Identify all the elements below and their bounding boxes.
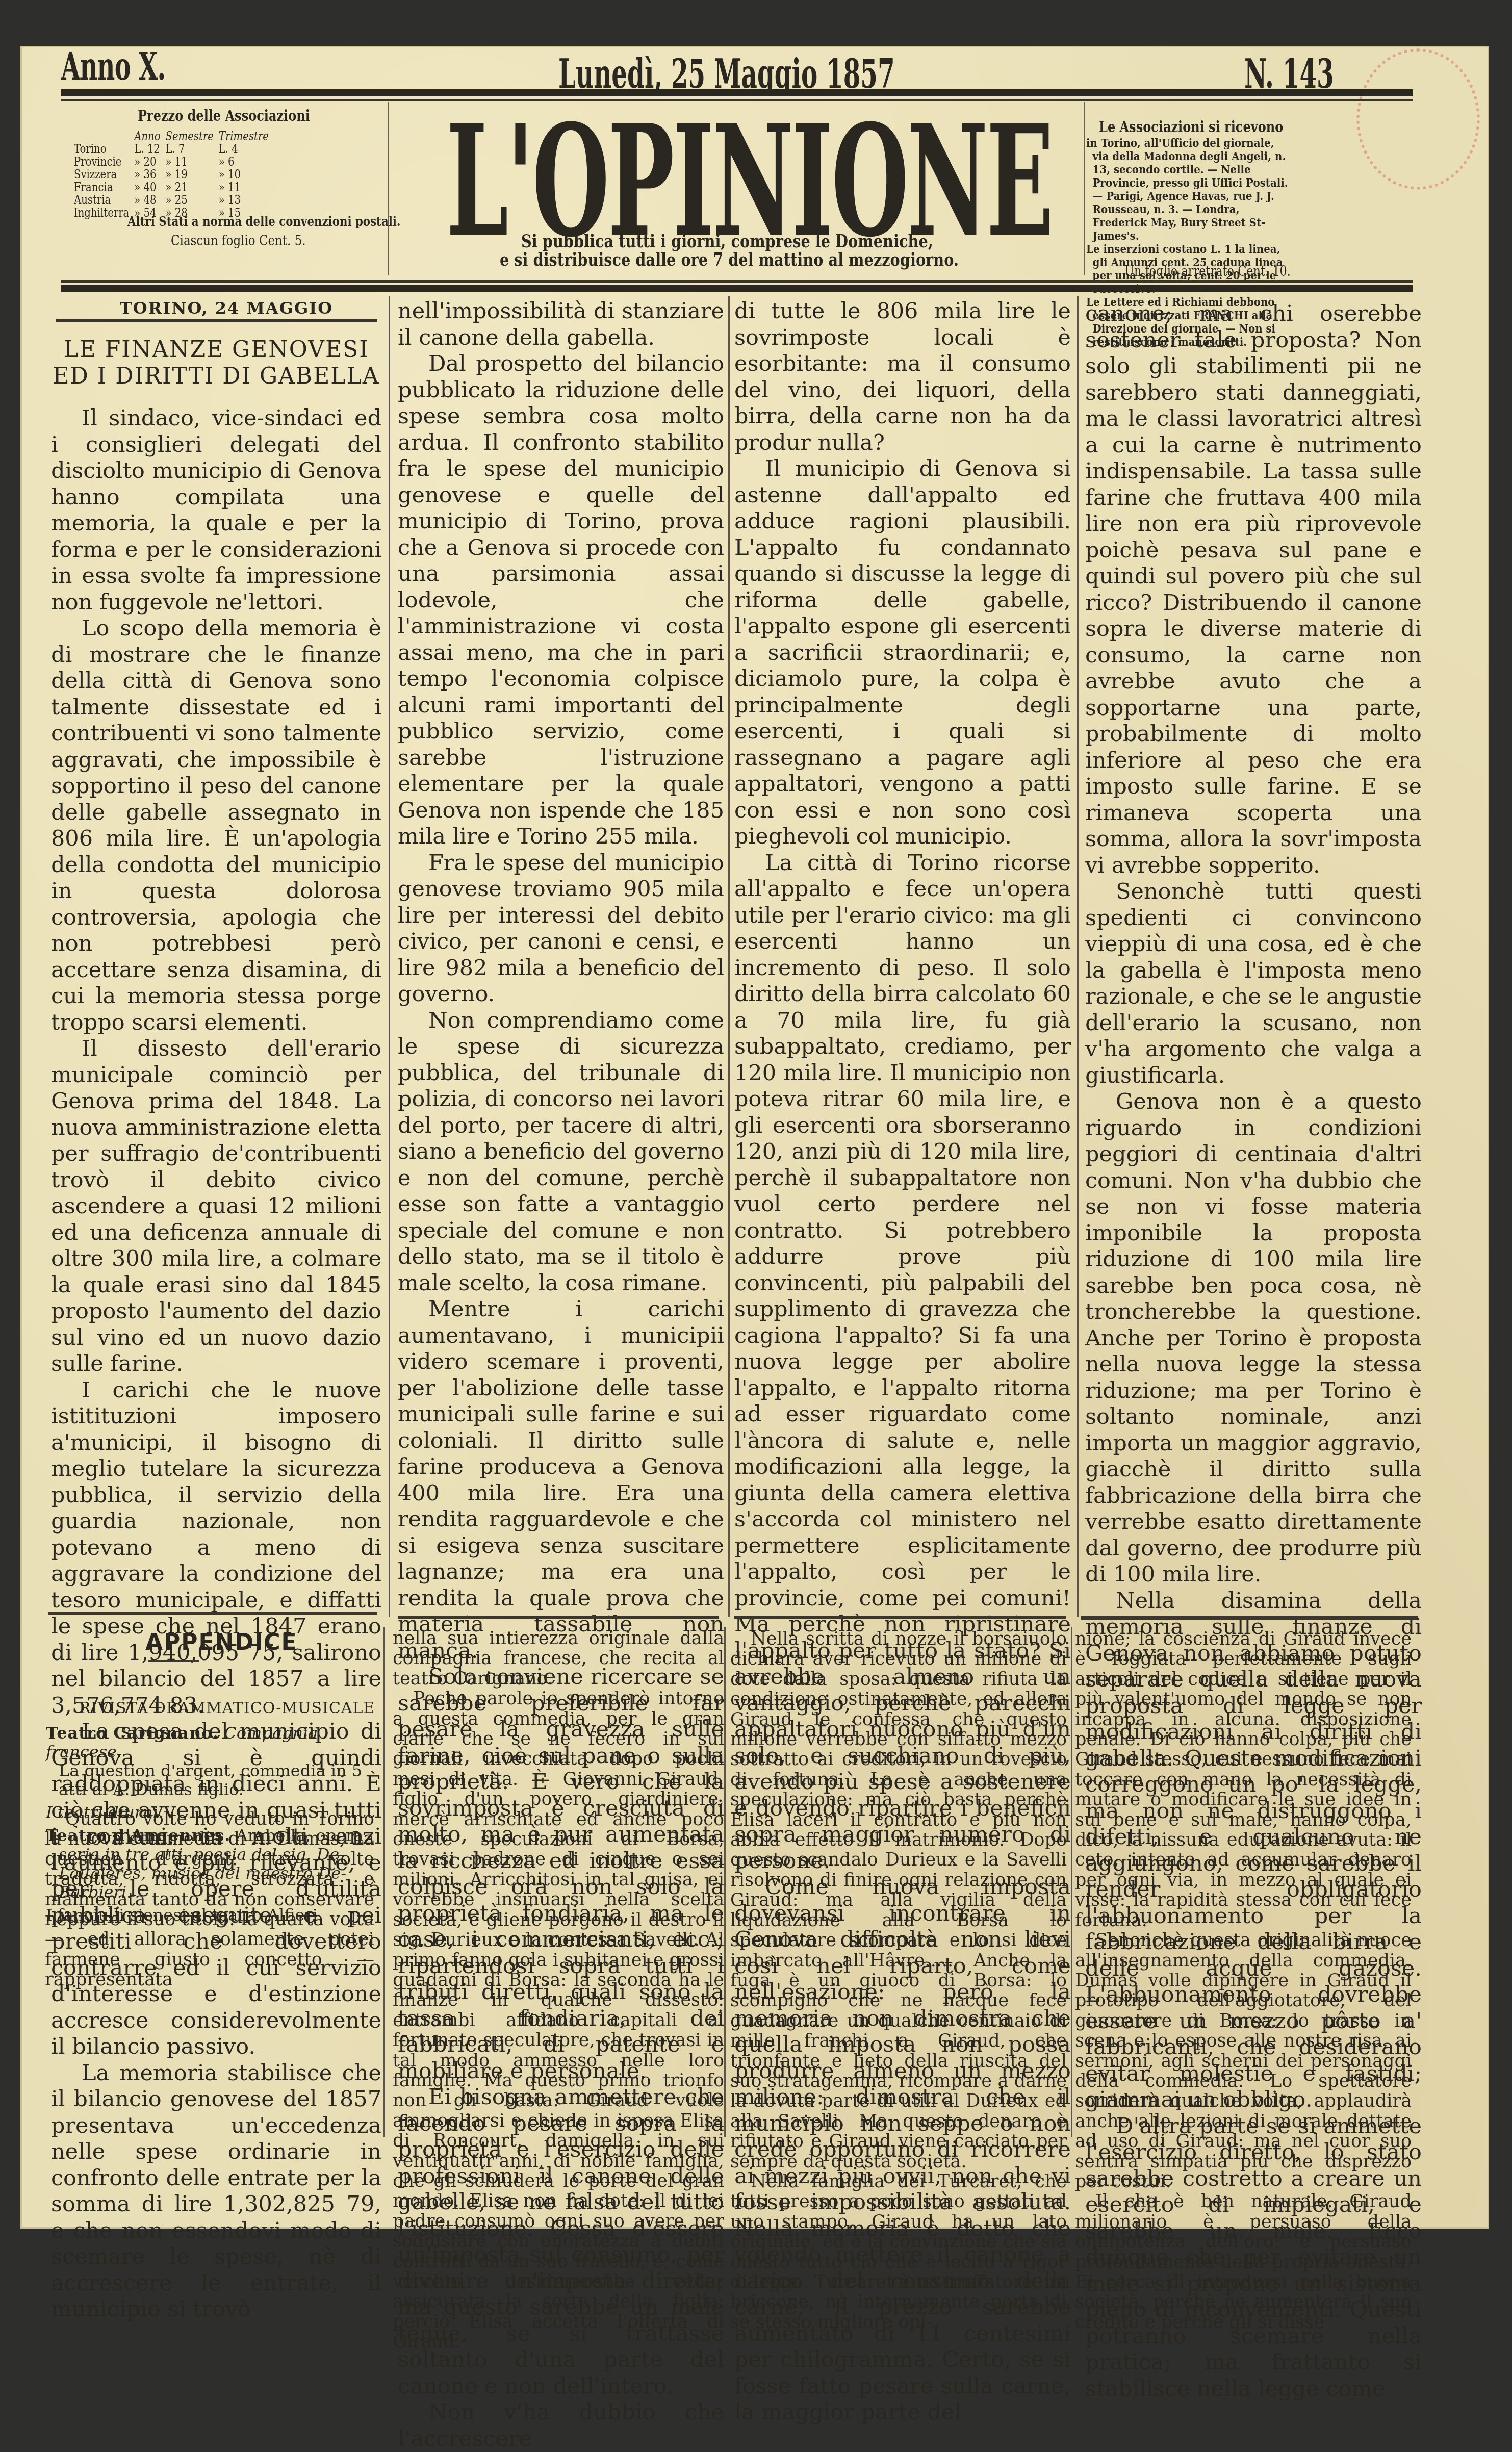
subscription-prices-title: Prezzo delle Associazioni (138, 107, 310, 125)
back-issue-price: Un foglio arretrato Cent. 10. (1124, 263, 1291, 279)
subscriptions-info-paragraph: in Torino, all'Ufficio del giornale, via… (1086, 137, 1288, 243)
appendix-column-1: Quattro volte ho veduto in Torino la nuo… (45, 1809, 374, 1990)
paragraph: Il municipio di Genova si astenne dall'a… (734, 456, 1071, 850)
paragraph: Genova non è a questo riguardo in condiz… (1085, 1089, 1422, 1588)
theatre-name: Teatro Carignano. (46, 1723, 219, 1743)
paragraph: di tutte le 806 mila lire le sovrimposte… (734, 298, 1071, 456)
appendix-column-2: nella sua intierezza originale dalla com… (393, 1629, 724, 2230)
paragraph: Senonchè tutti questi spedienti ci convi… (1085, 879, 1422, 1089)
paragraph: Dal prospetto del bilancio pubblicato la… (398, 351, 724, 850)
paragraph: nell'impossibilità di stanziare il canon… (398, 298, 724, 351)
article-headline-2: ED I DIRITTI DI GABELLA (51, 363, 381, 390)
prices-note-other-states: Altri Stati a norma delle convenzioni po… (127, 214, 400, 229)
paragraph: Senonchè questa originalità nuoce all'in… (1075, 1931, 1412, 2192)
masthead-bottom-rule (61, 285, 1413, 292)
prices-row: Francia» 40» 21» 11 (71, 181, 271, 194)
prices-row: TorinoL. 12L. 7L. 4 (71, 143, 271, 156)
appendix-separator (48, 1612, 377, 1615)
appendix-separator (734, 1616, 1066, 1619)
paragraph: canone; ma chi oserebbe sostener tale pr… (1085, 301, 1422, 879)
dateline: TORINO, 24 MAGGIO (120, 298, 333, 318)
theatre-program: La question d'argent, commedia in 5 atti… (46, 1761, 372, 1799)
paragraph: Il che è ben naturale. Giraud milionario… (1075, 2192, 1412, 2230)
prices-header-semestre: Semestre (163, 130, 216, 143)
masthead-divider (388, 102, 389, 275)
article-headline-1: LE FINANZE GENOVESI (51, 337, 381, 363)
dateline-rule (56, 319, 377, 322)
paragraph: Poche parole io spenderò intorno a quest… (393, 1689, 724, 2230)
prices-header-trimestre: Trimestre (216, 130, 271, 143)
paragraph: nella sua intierezza originale dalla com… (393, 1629, 724, 1689)
theatre-listing: Teatro Carignano. Compagnia francese. La… (46, 1724, 372, 1799)
appendix-separator (1081, 1616, 1418, 1620)
prices-row: Svizzera» 36» 19» 10 (71, 168, 271, 181)
masthead-bottom-rule-thin (61, 280, 1413, 283)
column-rule (383, 1627, 385, 2137)
prices-header-anno: Anno (132, 130, 163, 143)
appendix-separator (398, 1616, 719, 1619)
appendix-column-3: Nella scritta di nozze il borsaiuolo dic… (730, 1629, 1067, 2230)
prices-row: Provincie» 20» 11» 6 (71, 156, 271, 168)
appendix-title-dash (148, 1660, 199, 1662)
publication-note-2: e si distribuisce dalle ore 7 del mattin… (500, 249, 959, 270)
paragraph: Non comprendiamo come le spese di sicure… (398, 1008, 724, 1297)
volume-year: Anno X. (61, 45, 165, 89)
prices-header (71, 130, 132, 143)
column-rule (1077, 296, 1079, 1617)
appendix-section-title: RIVISTA DRAMMATICO-MUSICALE (79, 1699, 375, 1717)
postal-stamp-icon (1356, 48, 1480, 190)
paragraph: Nella scritta di nozze il borsaiuolo dic… (730, 1629, 1067, 2172)
column-rule (728, 296, 730, 1617)
subscription-prices-table: Anno Semestre Trimestre TorinoL. 12L. 7L… (71, 130, 271, 219)
paragraph: La memoria stabilisce che il bilancio ge… (51, 2060, 381, 2230)
column-rule (1071, 1627, 1072, 2137)
paragraph: Lo scopo della memoria è di mostrare che… (51, 616, 381, 1036)
column-rule (724, 1627, 726, 2137)
paragraph: Nella famiglia dei Turcaret, che tutti p… (730, 2172, 1067, 2230)
paragraph: Il dissesto dell'erario municipale comin… (51, 1036, 381, 1377)
paragraph: I carichi che le nuove istitituzioni imp… (51, 1377, 381, 1719)
column-rule (389, 296, 390, 1617)
prices-note-single-copy: Ciascun foglio Cent. 5. (171, 232, 306, 249)
paragraph: Fra le spese del municipio genovese trov… (398, 850, 724, 1008)
paragraph: Il sindaco, vice-sindaci ed i consiglier… (51, 405, 381, 616)
appendix-title: APPENDICE (145, 1629, 298, 1655)
masthead-divider (1084, 102, 1085, 275)
prices-row: Austria» 48» 25» 13 (71, 194, 271, 207)
paragraph: nione; la coscienza di Giraud invece è f… (1075, 1629, 1412, 1931)
appendix-column-4: nione; la coscienza di Giraud invece è f… (1075, 1629, 1412, 2230)
paragraph: Quattro volte ho veduto in Torino la nuo… (45, 1809, 374, 1990)
subscriptions-info-title: Le Associazioni si ricevono (1099, 118, 1283, 136)
paragraph: Mentre i carichi aumentavano, i municipi… (398, 1296, 724, 1664)
